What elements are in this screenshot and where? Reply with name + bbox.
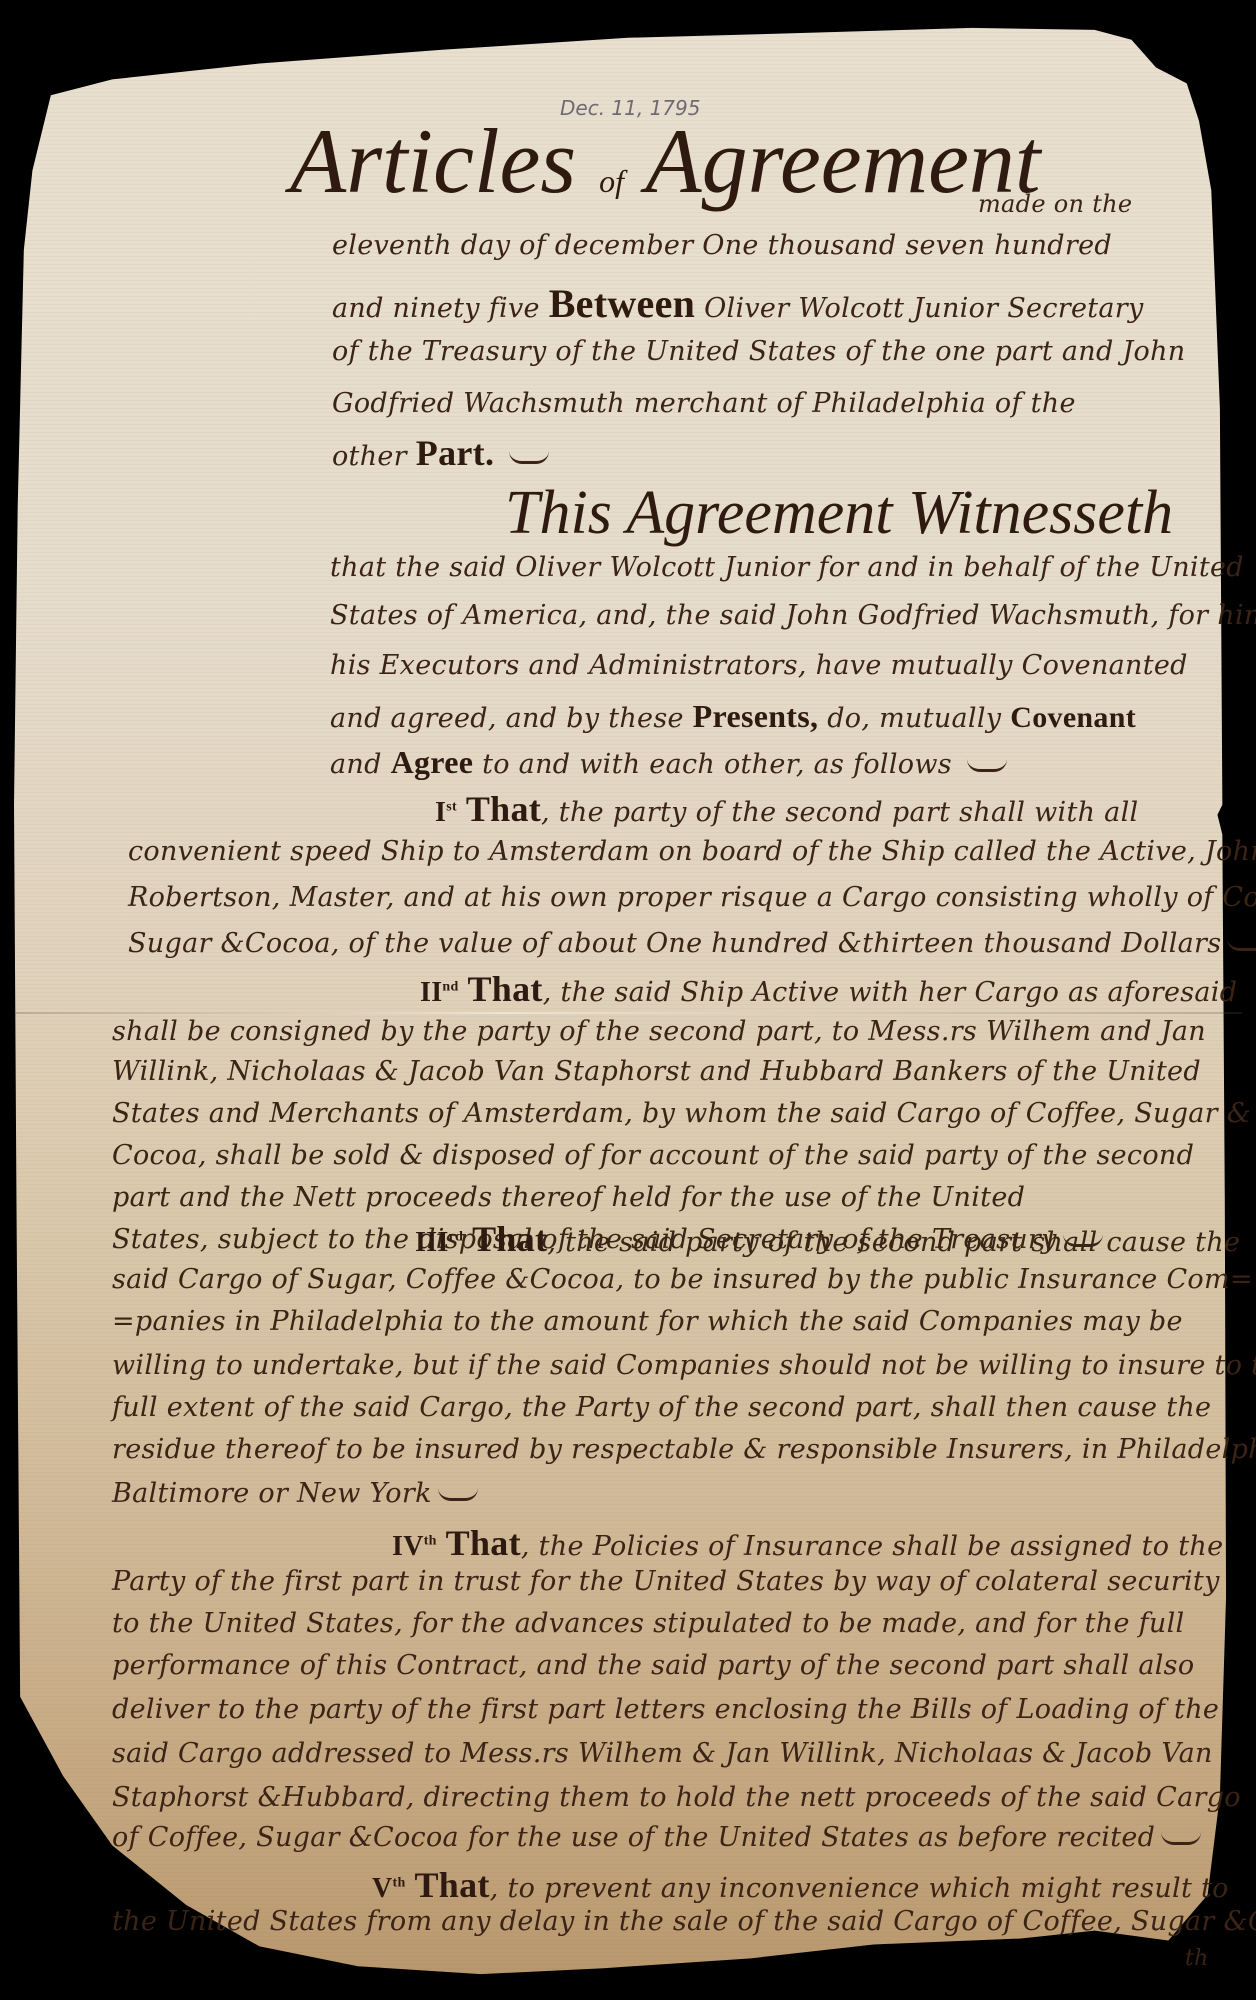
preamble-line: Godfried Wachsmuth merchant of Philadelp…: [332, 388, 1076, 419]
article-2-line: part and the Nett proceeds thereof held …: [112, 1182, 1025, 1213]
article-3-line: full extent of the said Cargo, the Party…: [112, 1392, 1211, 1423]
witnesseth-line: that the said Oliver Wolcott Junior for …: [330, 552, 1244, 583]
article-4-heading: That: [446, 1523, 521, 1563]
article-3-heading: That: [472, 1219, 547, 1259]
presents-word: Presents,: [693, 698, 819, 734]
article-4-line: of Coffee, Sugar &Cocoa for the use of t…: [112, 1822, 1201, 1853]
article-4-heading-line: IVth That, the Policies of Insurance sha…: [392, 1522, 1223, 1564]
article-1-line: convenient speed Ship to Amsterdam on bo…: [128, 836, 1256, 867]
article-3-line: =panies in Philadelphia to the amount fo…: [112, 1306, 1183, 1337]
article-3-line: residue thereof to be insured by respect…: [112, 1434, 1256, 1465]
article-1-line: Robertson, Master, and at his own proper…: [128, 882, 1256, 913]
preamble-line: other Part.: [332, 432, 549, 474]
covenant-word: Covenant: [1010, 701, 1136, 734]
article-5-line: the United States from any delay in the …: [112, 1906, 1256, 1937]
article-2-line: Cocoa, shall be sold & disposed of for a…: [112, 1140, 1194, 1171]
article-4-line: deliver to the party of the first part l…: [112, 1694, 1219, 1725]
flourish-mark: [509, 451, 549, 464]
flourish-mark: [438, 1488, 478, 1501]
article-2-line: shall be consigned by the party of the s…: [112, 1016, 1206, 1047]
preamble-line: made on the: [978, 190, 1132, 218]
article-1-heading-line: Ist That, the party of the second part s…: [435, 788, 1138, 830]
article-4-line: to the United States, for the advances s…: [112, 1608, 1185, 1639]
preamble-line: eleventh day of december One thousand se…: [332, 230, 1112, 261]
preamble-line: and ninety five Between Oliver Wolcott J…: [332, 280, 1144, 327]
article-5-heading: That: [414, 1865, 489, 1905]
catchword: th: [1185, 1946, 1209, 1971]
article-4-number: IVth: [392, 1531, 437, 1562]
article-2-heading-line: IInd That, the said Ship Active with her…: [420, 968, 1237, 1010]
article-3-number: IIIrd: [415, 1227, 463, 1258]
article-3-line: Baltimore or New York: [112, 1478, 478, 1509]
article-1-line: Sugar &Cocoa, of the value of about One …: [128, 928, 1256, 959]
article-2-line: Willink, Nicholaas & Jacob Van Staphorst…: [112, 1056, 1201, 1087]
article-4-line: Party of the first part in trust for the…: [112, 1566, 1220, 1597]
article-3-line: willing to undertake, but if the said Co…: [112, 1350, 1256, 1381]
witnesseth-line: and Agree to and with each other, as fol…: [330, 744, 1007, 781]
witnesseth-heading: This Agreement Witnesseth: [505, 478, 1173, 549]
article-4-line: said Cargo addressed to Mess.rs Wilhem &…: [112, 1738, 1213, 1769]
flourish-mark: [967, 759, 1007, 772]
article-5-heading-line: Vth That, to prevent any inconvenience w…: [372, 1864, 1229, 1906]
flourish-mark: [1161, 1832, 1201, 1845]
article-2-number: IInd: [420, 977, 459, 1008]
article-4-line: performance of this Contract, and the sa…: [112, 1650, 1194, 1681]
witnesseth-line: States of America, and, the said John Go…: [330, 600, 1256, 631]
flourish-mark: [1227, 938, 1256, 951]
witnesseth-line: and agreed, and by these Presents, do, m…: [330, 698, 1136, 735]
article-5-number: Vth: [372, 1873, 406, 1904]
article-1-number: Ist: [435, 797, 457, 828]
agree-word: Agree: [391, 744, 474, 780]
between-heading: Between: [549, 281, 696, 326]
document-title: Articles of Agreement: [290, 108, 1040, 214]
article-2-line: States and Merchants of Amsterdam, by wh…: [112, 1098, 1251, 1129]
article-1-heading: That: [466, 789, 541, 829]
article-3-line: said Cargo of Sugar, Coffee &Cocoa, to b…: [112, 1264, 1253, 1295]
title-of: of: [599, 163, 624, 199]
article-3-heading-line: IIIrd That, the said party of the second…: [415, 1218, 1240, 1260]
preamble-line: of the Treasury of the United States of …: [332, 336, 1186, 367]
page-fold-crease: [14, 1012, 1242, 1014]
article-2-heading: That: [467, 969, 542, 1009]
title-articles: Articles: [290, 110, 576, 212]
witnesseth-line: his Executors and Administrators, have m…: [330, 650, 1188, 681]
article-4-line: Staphorst &Hubbard, directing them to ho…: [112, 1782, 1241, 1813]
